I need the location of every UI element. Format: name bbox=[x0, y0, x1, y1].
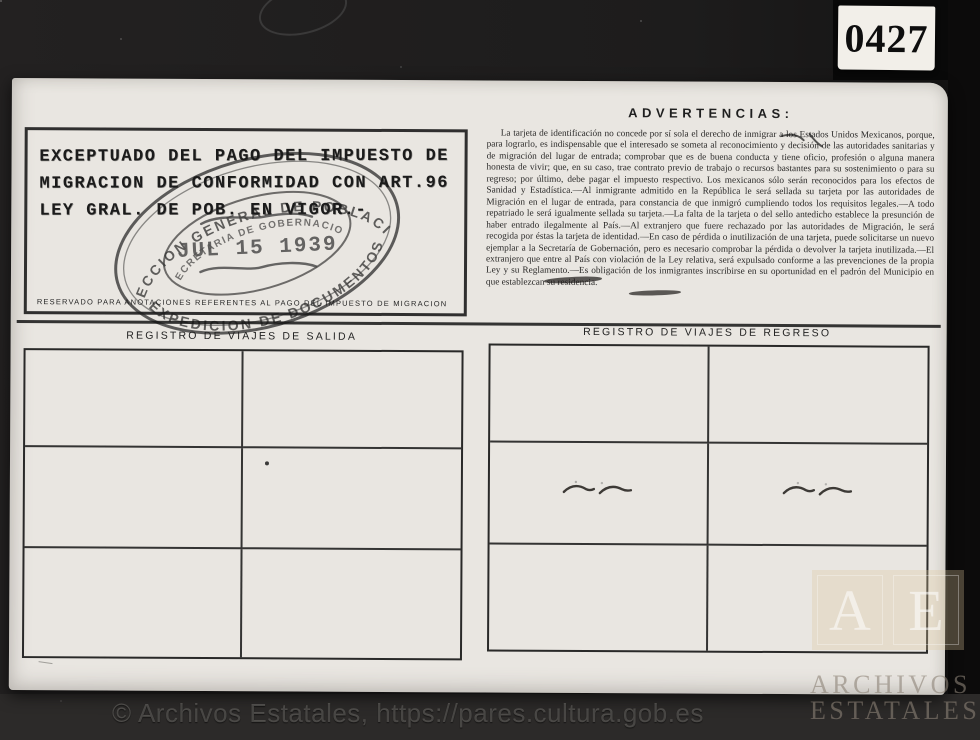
table-cell bbox=[243, 351, 462, 449]
stamp-wavy-line-bottom bbox=[200, 262, 316, 272]
logo-letter-a: A bbox=[817, 575, 883, 645]
table-cell bbox=[243, 448, 462, 550]
table-cell bbox=[489, 545, 708, 651]
archive-number-label: 0427 bbox=[838, 5, 936, 70]
wordmark-line: ARCHIVOS bbox=[810, 672, 968, 698]
scanned-photo: EXCEPTUADO DEL PAGO DEL IMPUESTO DE MIGR… bbox=[0, 0, 980, 740]
table-cell bbox=[25, 350, 244, 448]
registro-salida-table bbox=[22, 348, 464, 660]
table-cell bbox=[490, 443, 709, 546]
archivos-estatales-wordmark: ARCHIVOS ESTATALES bbox=[810, 672, 968, 724]
table-cell bbox=[242, 549, 461, 658]
table-cell bbox=[490, 346, 709, 444]
pen-stroke bbox=[780, 130, 826, 152]
dust-specks bbox=[0, 0, 2, 2]
migration-card: EXCEPTUADO DEL PAGO DEL IMPUESTO DE MIGR… bbox=[9, 78, 948, 695]
advertencias-body: La tarjeta de identificación no concede … bbox=[486, 128, 935, 291]
table-cell bbox=[708, 444, 927, 547]
wordmark-line: ESTATALES bbox=[810, 698, 968, 724]
handwritten-mark bbox=[782, 480, 854, 505]
advertencias-title: ADVERTENCIAS: bbox=[487, 104, 935, 121]
table-cell bbox=[25, 447, 244, 549]
handwritten-mark bbox=[562, 479, 634, 504]
film-scratch bbox=[254, 0, 353, 44]
gobernacion-round-stamp: DIRECCION GENERAL DE POBLACION SECRETARI… bbox=[92, 137, 423, 349]
logo-letter-e: E bbox=[893, 575, 959, 645]
table-title-salida: REGISTRO DE VIAJES DE SALIDA bbox=[24, 329, 460, 343]
copyright-watermark: © Archivos Estatales, https://pares.cult… bbox=[112, 698, 704, 729]
table-title-regreso: REGISTRO DE VIAJES DE REGRESO bbox=[489, 325, 926, 339]
advertencias-section: ADVERTENCIAS: La tarjeta de identificaci… bbox=[486, 104, 935, 291]
ink-dot bbox=[265, 461, 269, 465]
pencil-mark bbox=[39, 655, 54, 664]
ink-smudge bbox=[629, 290, 681, 297]
table-cell bbox=[709, 347, 928, 445]
archivos-estatales-logo: A E bbox=[812, 570, 964, 650]
table-cell bbox=[24, 548, 243, 657]
archive-number: 0427 bbox=[844, 14, 928, 62]
